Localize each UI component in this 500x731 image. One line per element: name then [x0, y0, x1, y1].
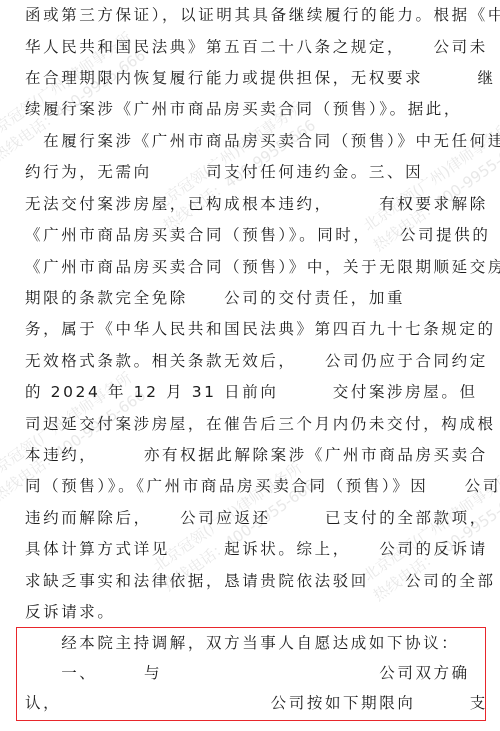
mediation-line: 经本院主持调解，双方当事人自愿达成如下协议： — [25, 632, 459, 654]
body-line: 无法交付案涉房屋，已构成根本违约， 有权要求解除 — [25, 193, 488, 215]
document-page: 北京冠领(广州)律师事务所 热线电话：400-9955-666 北京冠领(广州)… — [0, 0, 500, 731]
body-line: 华人民共和国民法典》第五百二十八条之规定， 公司未 — [25, 36, 488, 58]
body-line: 本违约， 亦有权据此解除案涉《广州市商品房买卖合 — [25, 444, 488, 466]
body-line: 在履行案涉《广州市商品房买卖合同（预售）》中无任何违 — [25, 130, 500, 152]
body-line: 求缺乏事实和法律依据，恳请贵院依法驳回 公司的全部 — [25, 570, 496, 592]
body-line: 《广州市商品房买卖合同（预售）》。同时， 公司提供的 — [25, 224, 490, 246]
body-line: 具体计算方式详见 起诉状。综上， 公司的反诉请 — [25, 538, 488, 560]
body-line: 反诉请求。 — [25, 601, 116, 623]
body-line: 约行为，无需向 司支付任何违约金。三、因 — [25, 161, 423, 183]
body-line: 在合理期限内恢复履行能力或提供担保，无权要求 继 — [25, 67, 496, 89]
body-line: 的 2024 年 12 月 31 日前向 交付案涉房屋。但 公 — [25, 381, 500, 403]
body-line: 期限的条款完全免除 公司的交付责任，加重 — [25, 287, 405, 309]
body-line: 《广州市商品房买卖合同（预售）》中，关于无限期顺延交房 — [25, 256, 500, 278]
body-line: 同（预售）》。《广州市商品房买卖合同（预售）》因 公司 — [25, 475, 500, 497]
body-line: 续履行案涉《广州市商品房买卖合同（预售）》。据此， — [25, 98, 462, 120]
mediation-line: 一、 与 公司双方确 — [25, 662, 470, 684]
body-line: 违约而解除后， 公司应返还 已支付的全部款项， — [25, 507, 488, 529]
body-line: 务，属于《中华人民共和国民法典》第四百九十七条规定的 — [25, 318, 496, 340]
mediation-line: 认， 公司按如下期限向 支 — [25, 692, 488, 714]
body-line: 函或第三方保证），以证明其具备继续履行的能力。根据《中 — [25, 4, 500, 26]
body-line: 无效格式条款。相关条款无效后， 公司仍应于合同约定 — [25, 350, 488, 372]
body-line: 司迟延交付案涉房屋，在催告后三个月内仍未交付，构成根 — [25, 413, 496, 435]
